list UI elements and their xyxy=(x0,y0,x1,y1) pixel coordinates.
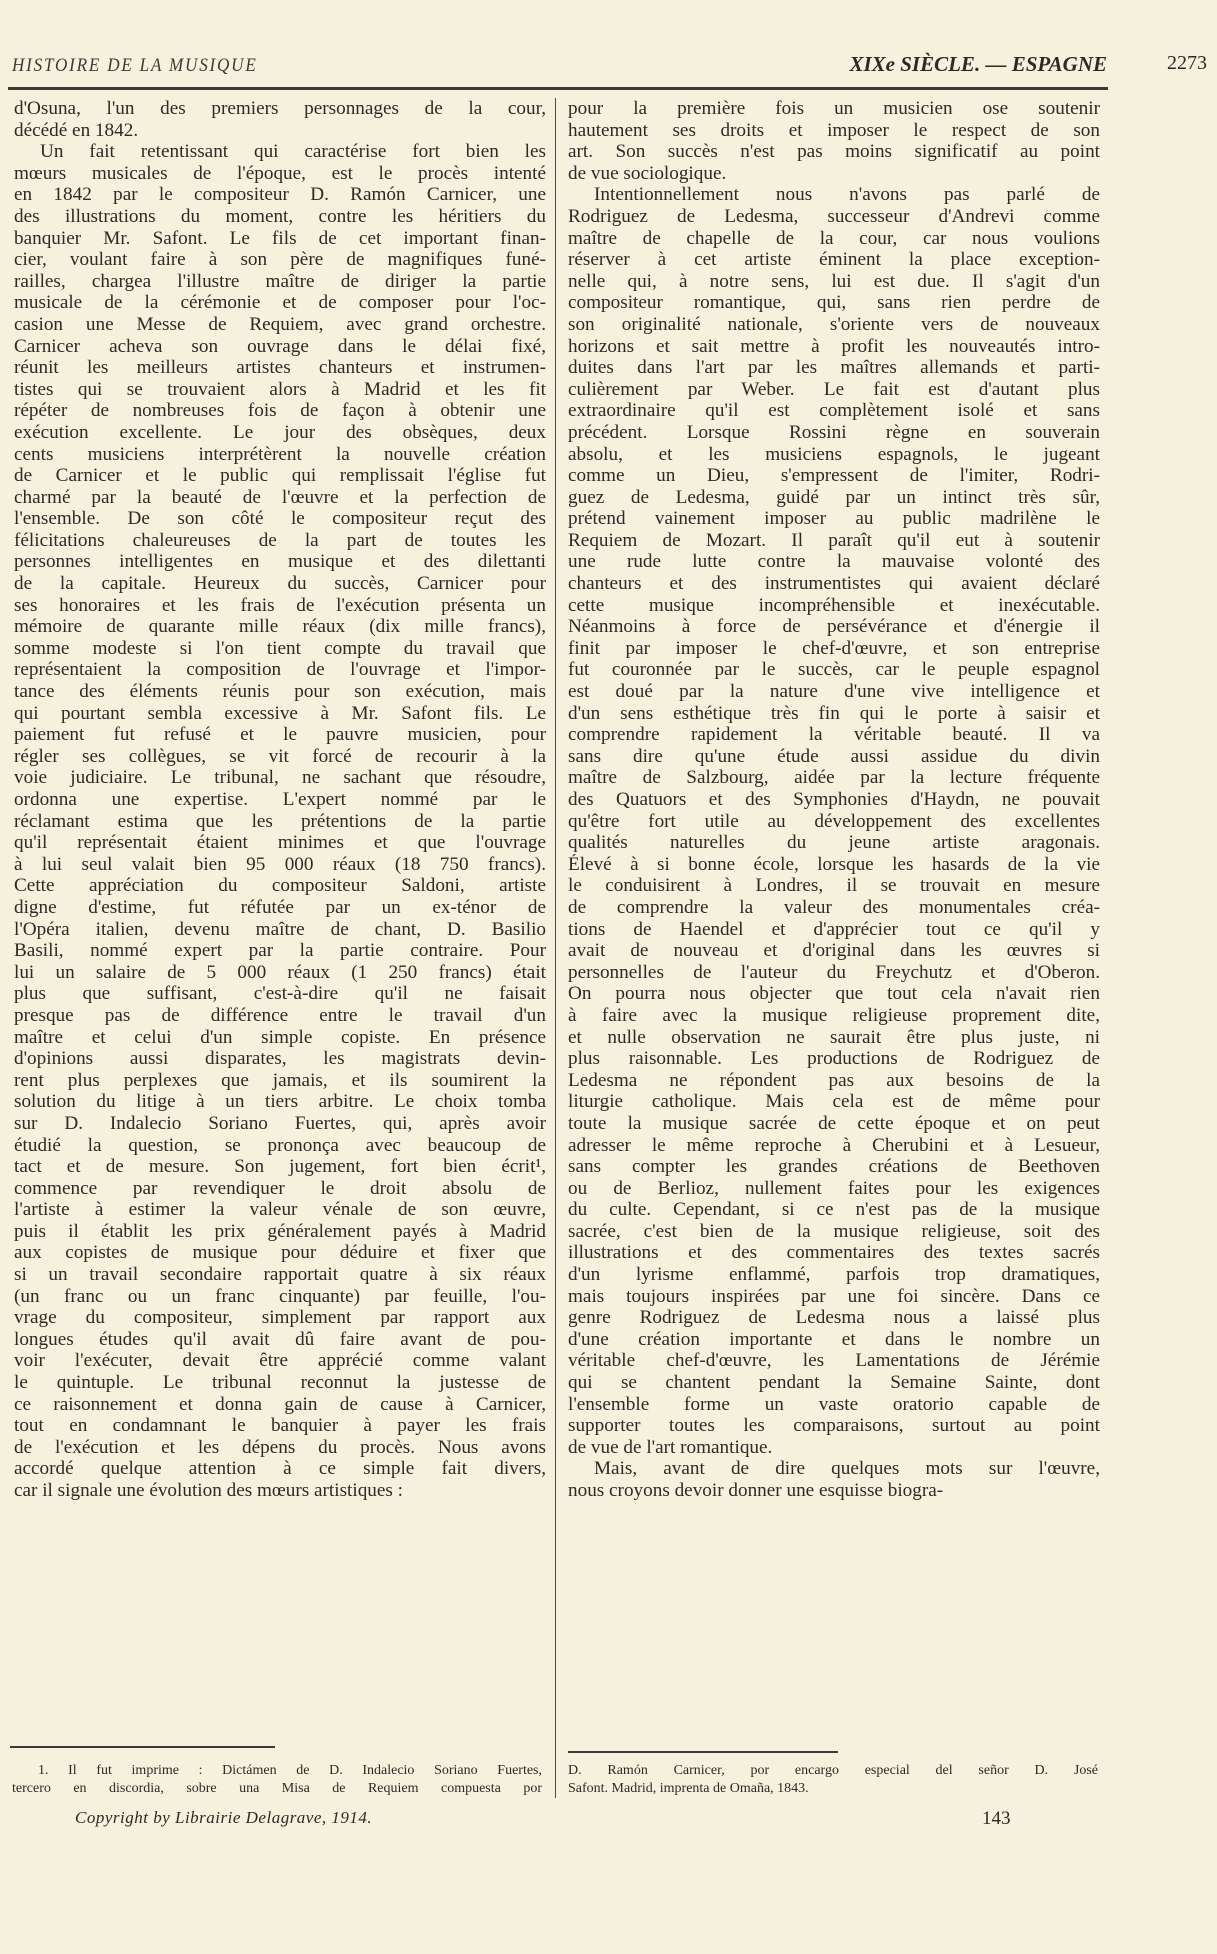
text-line: de l'exécution et les dépens du procès. … xyxy=(14,1437,546,1459)
text-line: compositeur romantique, qui, sans rien p… xyxy=(568,292,1100,314)
text-line: personnelles de l'auteur du Freychutz et… xyxy=(568,962,1100,984)
text-line: étudié la question, se prononça avec bea… xyxy=(14,1135,546,1157)
text-line: ou de Berlioz, nullement faites pour les… xyxy=(568,1178,1100,1200)
text-line: Néanmoins à force de persévérance et d'é… xyxy=(568,616,1100,638)
text-line: chanteurs et des instrumentistes qui ava… xyxy=(568,573,1100,595)
text-line: culièrement par Weber. Le fait est d'aut… xyxy=(568,379,1100,401)
text-line: réserver à cet artiste éminent la place … xyxy=(568,249,1100,271)
text-line: si un travail secondaire rapportait quat… xyxy=(14,1264,546,1286)
text-line: vrage du compositeur, simplement par rap… xyxy=(14,1307,546,1329)
text-line: de comprendre la valeur des monumentales… xyxy=(568,897,1100,919)
text-line: des illustrations du moment, contre les … xyxy=(14,206,546,228)
running-title: HISTOIRE DE LA MUSIQUE xyxy=(12,55,258,77)
text-line: une rude lutte contre la mauvaise volont… xyxy=(568,551,1100,573)
text-line: toute la musique sacrée de cette époque … xyxy=(568,1113,1100,1135)
text-line: aux copistes de musique pour déduire et … xyxy=(14,1242,546,1264)
text-line: railles, chargea l'illustre maître de di… xyxy=(14,271,546,293)
text-line: adresser le même reproche à Cherubini et… xyxy=(568,1135,1100,1157)
text-line: de vue sociologique. xyxy=(568,163,1100,185)
text-line: absolu, et les musiciens espagnols, le j… xyxy=(568,444,1100,466)
text-line: voir l'exécuter, devait être apprécié co… xyxy=(14,1350,546,1372)
text-line: Requiem de Mozart. Il paraît qu'il eut à… xyxy=(568,530,1100,552)
header-rule xyxy=(8,87,1108,90)
footnote-right: D. Ramón Carnicer, por encargo especial … xyxy=(568,1762,1098,1798)
text-line: nelle qui, à notre sens, lui est due. Il… xyxy=(568,271,1100,293)
text-line: du culte. Cependant, si ce n'est pas de … xyxy=(568,1199,1100,1221)
text-line: est doué par la nature d'une vive intell… xyxy=(568,681,1100,703)
text-line: Mais, avant de dire quelques mots sur l'… xyxy=(568,1458,1100,1480)
text-line: d'Osuna, l'un des premiers personnages d… xyxy=(14,98,546,120)
text-line: décédé en 1842. xyxy=(14,120,546,142)
text-line: personnes intelligentes en musique et de… xyxy=(14,551,546,573)
text-line: nous croyons devoir donner une esquisse … xyxy=(568,1480,1100,1502)
running-header: HISTOIRE DE LA MUSIQUE XIXe SIÈCLE. — ES… xyxy=(12,52,1107,82)
footnote-rule-right xyxy=(568,1751,838,1753)
text-line: qu'être fort utile au développement des … xyxy=(568,811,1100,833)
text-line: d'opinions aussi disparates, les magistr… xyxy=(14,1048,546,1070)
text-line: comprendre rapidement la véritable beaut… xyxy=(568,724,1100,746)
text-line: horizons et sait mettre à profit les nou… xyxy=(568,336,1100,358)
text-line: Ledesma ne répondent pas aux besoins de … xyxy=(568,1070,1100,1092)
text-line: représentaient la composition de l'ouvra… xyxy=(14,659,546,681)
text-line: paiement fut refusé et le pauvre musicie… xyxy=(14,724,546,746)
text-line: maître de Salzbourg, aidée par la lectur… xyxy=(568,767,1100,789)
text-line: cier, voulant faire à son père de magnif… xyxy=(14,249,546,271)
text-line: charmé par la beauté de l'œuvre et la pe… xyxy=(14,487,546,509)
text-line: mœurs musicales de l'époque, est le proc… xyxy=(14,163,546,185)
text-line: sur D. Indalecio Soriano Fuertes, qui, a… xyxy=(14,1113,546,1135)
text-line: tact et de mesure. Son jugement, fort bi… xyxy=(14,1156,546,1178)
text-line: guez de Ledesma, guidé par un intinct tr… xyxy=(568,487,1100,509)
text-line: le conduisirent à Londres, il se trouvai… xyxy=(568,875,1100,897)
text-line: tance des éléments réunis pour son exécu… xyxy=(14,681,546,703)
text-line: ses honoraires et les frais de l'exécuti… xyxy=(14,595,546,617)
text-line: l'artiste à estimer la valeur vénale de … xyxy=(14,1199,546,1221)
text-line: véritable chef-d'œuvre, les Lamentations… xyxy=(568,1350,1100,1372)
text-line: répéter de nombreuses fois de façon à ob… xyxy=(14,400,546,422)
text-line: son originalité nationale, s'oriente ver… xyxy=(568,314,1100,336)
text-line: Élevé à si bonne école, lorsque les hasa… xyxy=(568,854,1100,876)
text-line: sans dire qu'une étude aussi assidue du … xyxy=(568,746,1100,768)
text-line: finit par imposer le chef-d'œuvre, et so… xyxy=(568,638,1100,660)
footnote-line: 1. Il fut imprime : Dictámen de D. Indal… xyxy=(12,1762,542,1780)
text-line: avait de nouveau et d'original dans les … xyxy=(568,940,1100,962)
footnote-rule-left xyxy=(10,1746,275,1748)
text-line: à lui seul valait bien 95 000 réaux (18 … xyxy=(14,854,546,876)
text-line: précédent. Lorsque Rossini règne en souv… xyxy=(568,422,1100,444)
text-line: de Carnicer et le public qui remplissait… xyxy=(14,465,546,487)
text-line: prétend vainement imposer au public madr… xyxy=(568,508,1100,530)
text-line: qu'il représentait étaient minimes et qu… xyxy=(14,832,546,854)
text-line: rent plus perplexes que jamais, et ils s… xyxy=(14,1070,546,1092)
text-line: genre Rodriguez de Ledesma nous a laissé… xyxy=(568,1307,1100,1329)
text-line: supporter toutes les comparaisons, surto… xyxy=(568,1415,1100,1437)
text-line: qui se chantent pendant la Semaine Saint… xyxy=(568,1372,1100,1394)
text-line: hautement ses droits et imposer le respe… xyxy=(568,120,1100,142)
text-line: qualités naturelles du jeune artiste ara… xyxy=(568,832,1100,854)
text-line: l'ensemble. De son côté le compositeur r… xyxy=(14,508,546,530)
text-line: régler ses collègues, se vit forcé de re… xyxy=(14,746,546,768)
text-line: digne d'estime, fut réfutée par un ex-té… xyxy=(14,897,546,919)
text-line: Rodriguez de Ledesma, successeur d'Andre… xyxy=(568,206,1100,228)
text-line: réclamant estima que les prétentions de … xyxy=(14,811,546,833)
footnote-line: Safont. Madrid, imprenta de Omaña, 1843. xyxy=(568,1780,1098,1798)
text-line: cents musiciens interprétèrent la nouvel… xyxy=(14,444,546,466)
text-line: plus raisonnable. Les productions de Rod… xyxy=(568,1048,1100,1070)
text-line: tions de Haendel et d'apprécier tout ce … xyxy=(568,919,1100,941)
section-heading: XIXe SIÈCLE. — ESPAGNE 2273 xyxy=(849,52,1107,77)
text-line: duites dans l'art par les maîtres allema… xyxy=(568,357,1100,379)
text-line: solution du litige à un tiers arbitre. L… xyxy=(14,1091,546,1113)
text-line: extraordinaire qu'il est complètement is… xyxy=(568,400,1100,422)
text-line: maître et celui d'un simple copiste. En … xyxy=(14,1027,546,1049)
text-line: mais toujours inspirées par une foi sinc… xyxy=(568,1286,1100,1308)
footnote-line: tercero en discordia, sobre una Misa de … xyxy=(12,1780,542,1798)
text-line: commence par revendiquer le droit absolu… xyxy=(14,1178,546,1200)
text-line: l'Opéra italien, devenu maître de chant,… xyxy=(14,919,546,941)
text-line: mémoire de quarante mille réaux (dix mil… xyxy=(14,616,546,638)
text-line: de vue de l'art romantique. xyxy=(568,1437,1100,1459)
text-line: Cette appréciation du compositeur Saldon… xyxy=(14,875,546,897)
signature-number: 143 xyxy=(982,1808,1011,1830)
text-line: le quintuple. Le tribunal reconnut la ju… xyxy=(14,1372,546,1394)
text-line: ordonna une expertise. L'expert nommé pa… xyxy=(14,789,546,811)
text-line: liturgie catholique. Mais cela est de mê… xyxy=(568,1091,1100,1113)
text-line: cette musique incompréhensible et inexéc… xyxy=(568,595,1100,617)
text-line: réunit les meilleurs artistes chanteurs … xyxy=(14,357,546,379)
text-line: l'ensemble forme un vaste oratorio capab… xyxy=(568,1394,1100,1416)
text-line: fut couronnée par le succès, car le peup… xyxy=(568,659,1100,681)
text-line: longues études qu'il avait dû faire avan… xyxy=(14,1329,546,1351)
text-line: d'un sens esthétique très fin qui le por… xyxy=(568,703,1100,725)
text-line: maître de chapelle de la cour, car nous … xyxy=(568,228,1100,250)
text-line: banquier Mr. Safont. Le fils de cet impo… xyxy=(14,228,546,250)
text-line: car il signale une évolution des mœurs a… xyxy=(14,1480,546,1502)
text-line: plus que suffisant, c'est-à-dire qu'il n… xyxy=(14,983,546,1005)
footnote-left: 1. Il fut imprime : Dictámen de D. Indal… xyxy=(12,1762,542,1798)
text-line: lui un salaire de 5 000 réaux (1 250 fra… xyxy=(14,962,546,984)
text-line: sacrée, c'est bien de la musique religie… xyxy=(568,1221,1100,1243)
text-line: à faire avec la musique religieuse propr… xyxy=(568,1005,1100,1027)
text-line: Intentionnellement nous n'avons pas parl… xyxy=(568,184,1100,206)
text-line: qui pourtant sembla excessive à Mr. Safo… xyxy=(14,703,546,725)
right-column: pour la première fois un musicien ose so… xyxy=(568,98,1100,1502)
text-line: voie judiciaire. Le tribunal, ne sachant… xyxy=(14,767,546,789)
text-line: illustrations et des commentaires des te… xyxy=(568,1242,1100,1264)
text-line: de la capitale. Heureux du succès, Carni… xyxy=(14,573,546,595)
text-line: Basili, nommé expert par la partie contr… xyxy=(14,940,546,962)
text-line: presque pas de différence entre le trava… xyxy=(14,1005,546,1027)
text-line: puis il établit les prix généralement pa… xyxy=(14,1221,546,1243)
text-line: somme modeste si l'on tient compte du tr… xyxy=(14,638,546,660)
text-line: pour la première fois un musicien ose so… xyxy=(568,98,1100,120)
text-line: tout en condamnant le banquier à payer l… xyxy=(14,1415,546,1437)
text-line: Carnicer acheva son ouvrage dans le déla… xyxy=(14,336,546,358)
text-line: musicale de la cérémonie et de composer … xyxy=(14,292,546,314)
copyright-notice: Copyright by Librairie Delagrave, 1914. xyxy=(75,1808,372,1828)
text-line: On pourra nous objecter que tout cela n'… xyxy=(568,983,1100,1005)
text-line: des Quatuors et des Symphonies d'Haydn, … xyxy=(568,789,1100,811)
text-line: tistes qui se trouvaient alors à Madrid … xyxy=(14,379,546,401)
text-line: félicitations chaleureuses de la part de… xyxy=(14,530,546,552)
text-line: comme un Dieu, s'empressent de l'imiter,… xyxy=(568,465,1100,487)
text-line: Un fait retentissant qui caractérise for… xyxy=(14,141,546,163)
text-line: ce raisonnement et donna gain de cause à… xyxy=(14,1394,546,1416)
text-line: accordé quelque attention à ce simple fa… xyxy=(14,1458,546,1480)
text-line: casion une Messe de Requiem, avec grand … xyxy=(14,314,546,336)
text-line: art. Son succès n'est pas moins signific… xyxy=(568,141,1100,163)
left-column: d'Osuna, l'un des premiers personnages d… xyxy=(14,98,546,1502)
page-number: 2273 xyxy=(1167,52,1207,75)
text-line: d'un lyrisme enflammé, parfois trop dram… xyxy=(568,1264,1100,1286)
text-line: en 1842 par le compositeur D. Ramón Carn… xyxy=(14,184,546,206)
section-title: XIXe SIÈCLE. — ESPAGNE xyxy=(849,52,1107,77)
footnote-line: D. Ramón Carnicer, por encargo especial … xyxy=(568,1762,1098,1780)
text-line: (un franc ou un franc cinquante) par feu… xyxy=(14,1286,546,1308)
text-line: d'une création importante et dans le nom… xyxy=(568,1329,1100,1351)
text-line: exécution excellente. Le jour des obsèqu… xyxy=(14,422,546,444)
text-line: sans compter les grandes créations de Be… xyxy=(568,1156,1100,1178)
column-divider xyxy=(555,98,556,1798)
text-line: et nulle observation ne saurait être plu… xyxy=(568,1027,1100,1049)
